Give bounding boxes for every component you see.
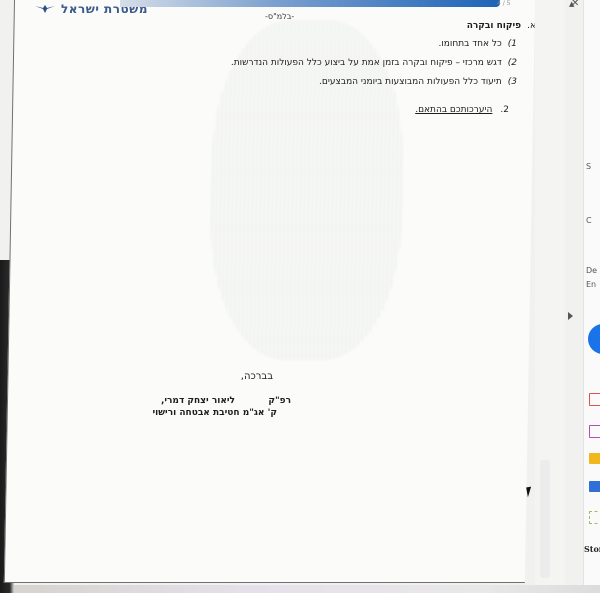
signer-rank: רפ"ק [268, 396, 291, 406]
pdf-export-icon[interactable] [589, 393, 600, 406]
tools-side-panel: S C De En Stor [583, 0, 600, 593]
classification-label: -בלמ"ס- [265, 12, 294, 21]
signer-title: ק' אג"מ חטיבת אבטחה ורישוי [152, 408, 277, 418]
viewer-top-band [120, 0, 500, 7]
item-text: דגש מרכזי – פיקוח ובקרה בזמן אמת על ביצו… [231, 58, 502, 68]
chevron-up-icon[interactable]: ▲ [569, 0, 574, 8]
vertical-scrollbar[interactable] [540, 460, 550, 578]
storage-label: Stor [584, 544, 600, 554]
point-2: 2.היערכותכם בהתאם. [415, 105, 509, 115]
list-item: 2)דגש מרכזי – פיקוח ובקרה בזמן אמת על בי… [231, 58, 517, 68]
greeting: בברכה, [241, 371, 273, 382]
share-file-icon[interactable] [589, 481, 600, 492]
point-text: היערכותכם בהתאם. [415, 105, 492, 115]
section-number: יא. [527, 21, 535, 31]
panel-label-partial: En [586, 280, 596, 289]
panel-label-partial: S [586, 162, 591, 171]
item-text: תיעוד כלל הפעולות המבוצעות ביומני המבצעי… [319, 77, 502, 87]
item-number: 3) [508, 77, 517, 87]
item-number: 1) [508, 39, 517, 49]
section-heading: יא.פיקוח ובקרה [467, 21, 535, 31]
police-emblem-icon [35, 4, 55, 14]
item-text: כל אחד בתחומו. [438, 39, 501, 49]
fill-sign-icon[interactable] [589, 511, 600, 524]
list-item: 3)תיעוד כלל הפעולות המבוצעות ביומני המבצ… [319, 77, 517, 87]
panel-label-partial: De [586, 266, 597, 275]
document-content: משטרת ישראל -בלמ"ס- יא.פיקוח ובקרה 1)כל … [15, 0, 535, 582]
signer-name: ליאור יצחק דמרי, [161, 396, 235, 406]
organize-pages-icon[interactable] [589, 425, 600, 438]
primary-action-button[interactable] [588, 324, 600, 354]
point-number: 2. [500, 105, 509, 115]
section-title: פיקוח ובקרה [467, 21, 521, 31]
mouse-cursor-icon [526, 487, 533, 498]
document-page: משטרת ישראל -בלמ"ס- יא.פיקוח ובקרה 1)כל … [4, 0, 535, 583]
list-item: 1)כל אחד בתחומו. [438, 39, 517, 49]
panel-collapse-arrow-icon[interactable] [568, 312, 573, 320]
item-number: 2) [508, 58, 517, 68]
panel-label-partial: C [586, 216, 592, 225]
screen-bottom-edge [14, 585, 600, 593]
page-counter: 4 / 5 [497, 0, 510, 7]
comment-icon[interactable] [589, 453, 600, 464]
